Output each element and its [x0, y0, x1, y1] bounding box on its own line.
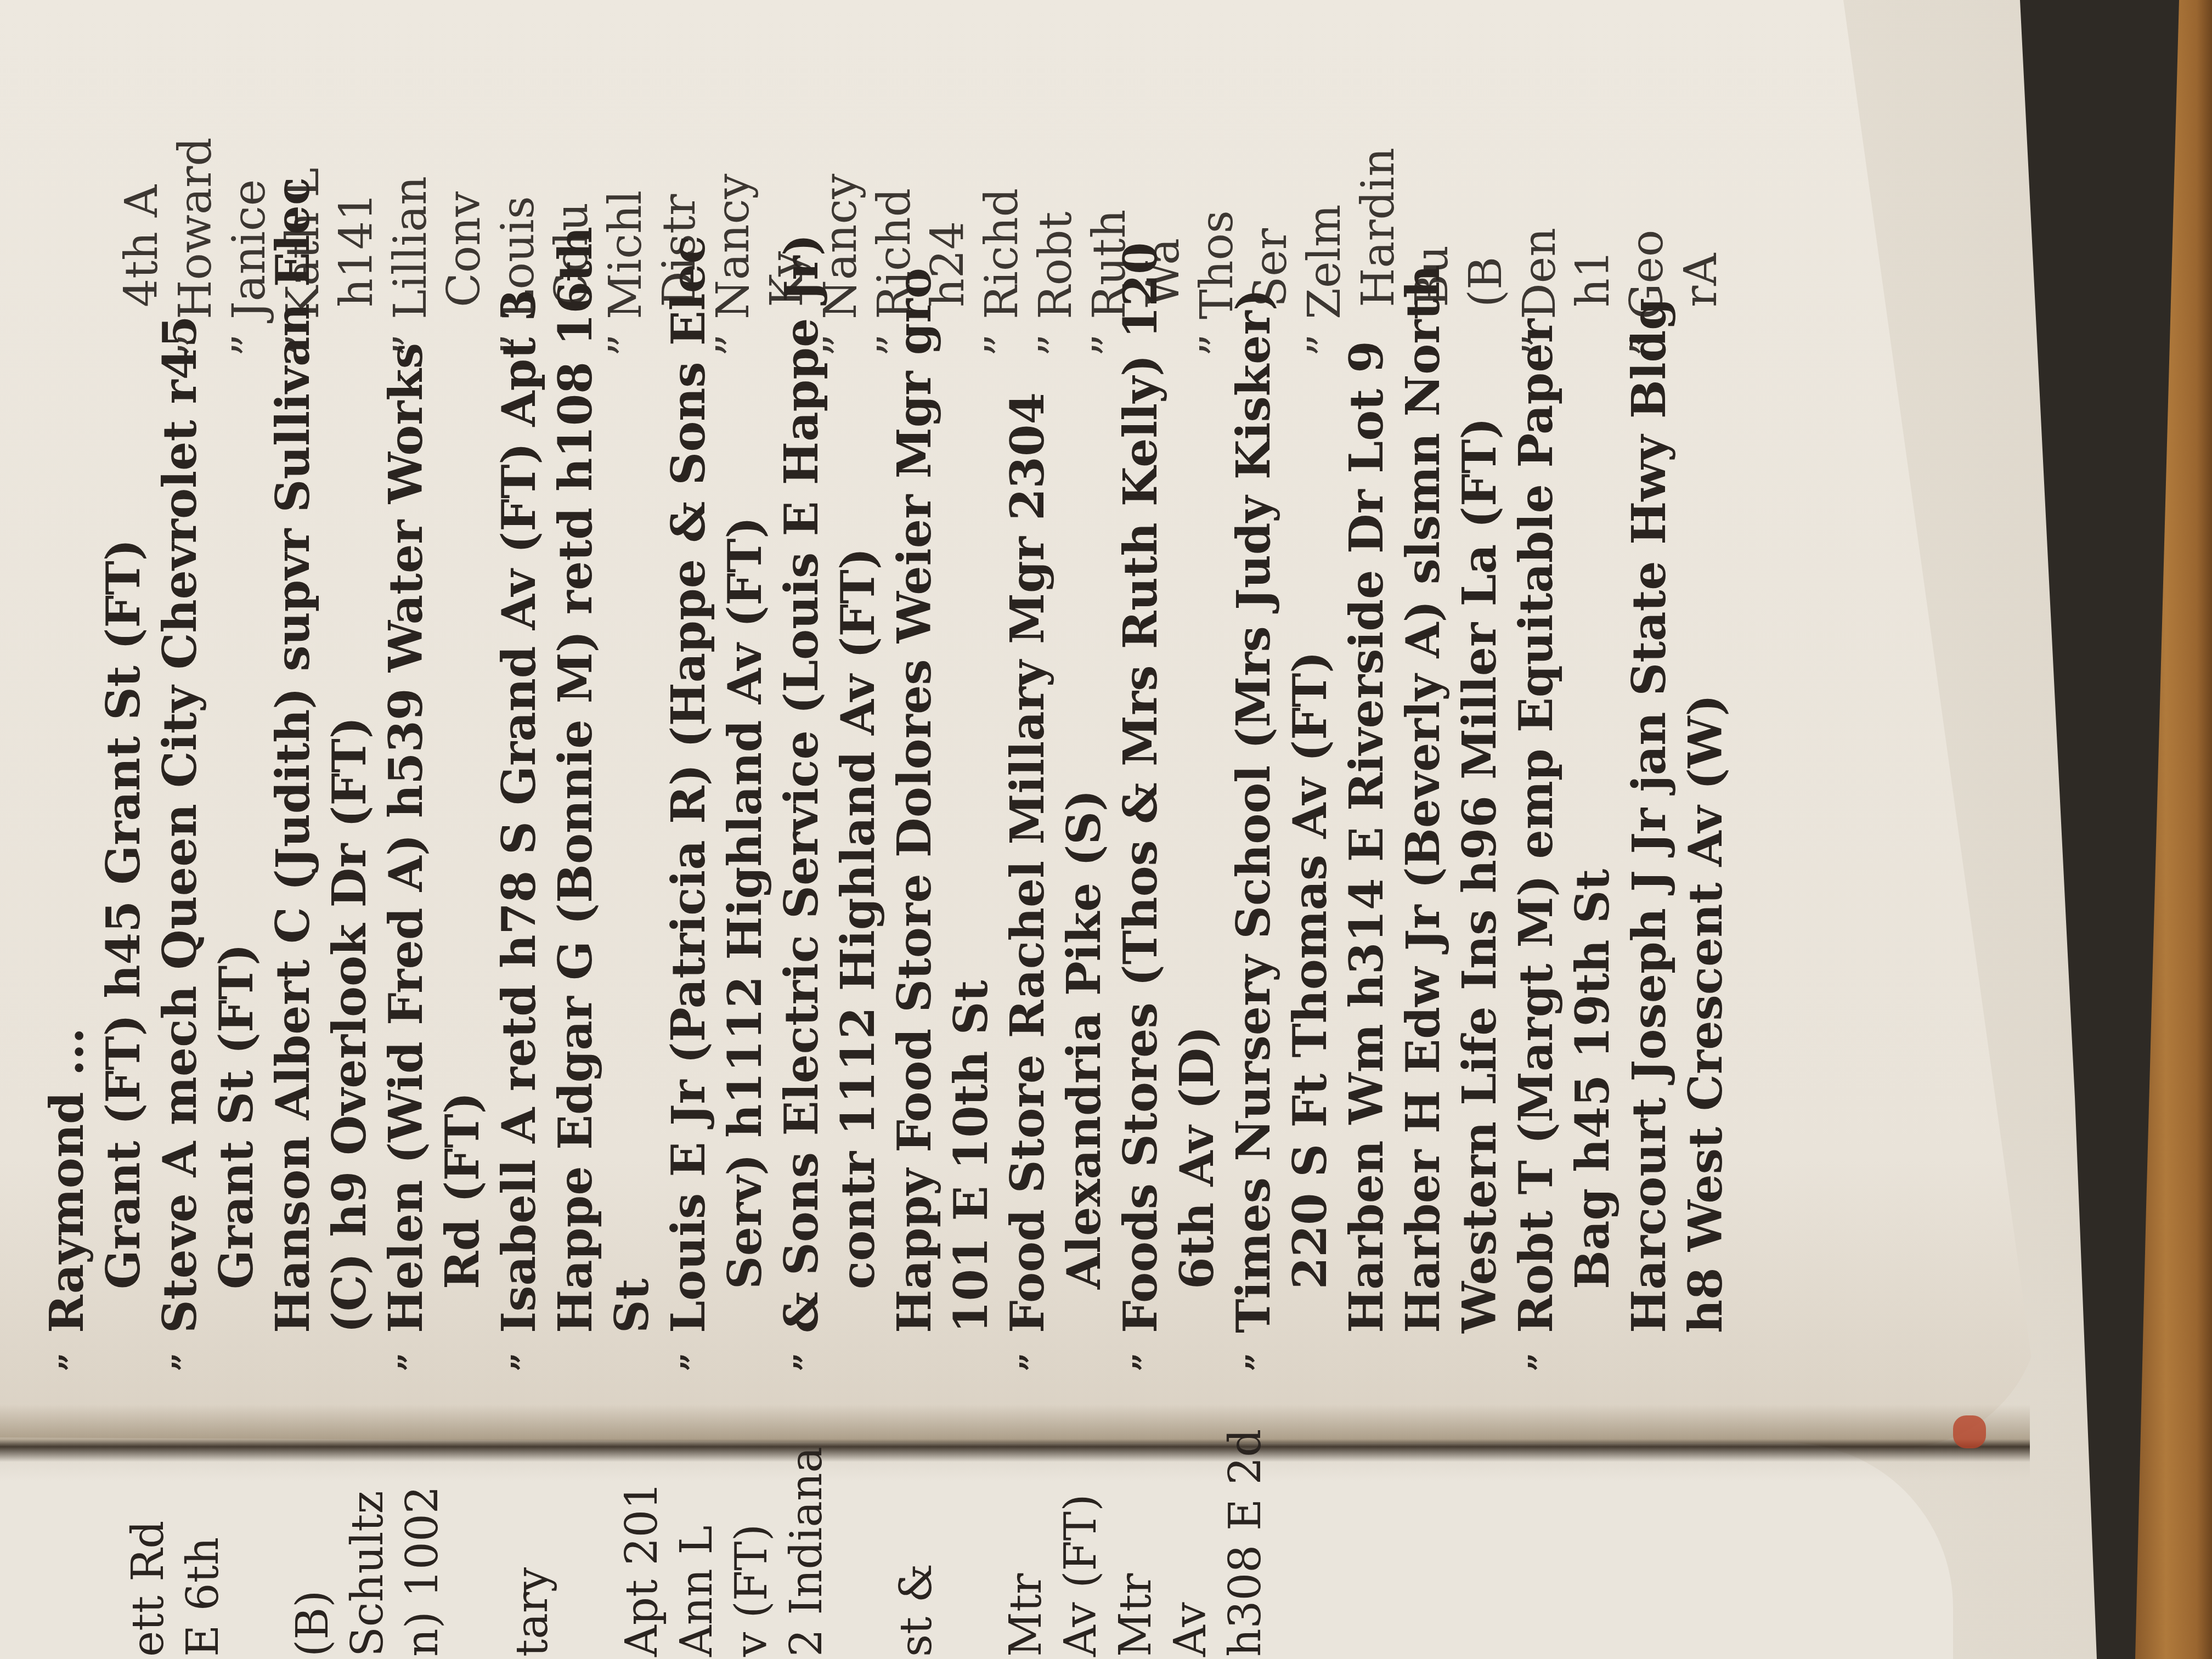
right-column-fragment: h141: [330, 137, 384, 1426]
entry-text: Raymond ...: [39, 1028, 94, 1333]
facing-page-fragment: Mtr: [998, 1429, 1053, 1657]
right-column-fragment: 4th A: [115, 137, 169, 1426]
facing-page-fragment: [450, 1429, 505, 1657]
right-column-fragment: ” Louis: [492, 137, 545, 1426]
right-column-fragment: h24: [922, 137, 975, 1426]
right-column-fragment: Ky: [760, 137, 814, 1426]
facing-page-fragment: [560, 1429, 614, 1657]
right-column-fragment: ” Richd: [975, 137, 1029, 1426]
facing-page-fragment: [834, 1429, 889, 1657]
right-column-fragment: ” Michl: [599, 137, 653, 1426]
right-column-fragment: Distr: [653, 137, 707, 1426]
right-column-fragment: ” Lillian: [384, 137, 438, 1426]
directory-right-column: 4th A” Howard” Janice” Kath Lh141” Lilli…: [115, 137, 1728, 1426]
right-column-fragment: Bu: [1406, 137, 1459, 1426]
directory-entry-line: ”Raymond ...: [38, 177, 95, 1372]
binding-edge: [1953, 1415, 1986, 1448]
facing-page-fragment: Av (FT): [1053, 1429, 1108, 1657]
facing-page-fragment: Ann L: [669, 1429, 724, 1657]
right-column-fragment: Hardin: [1352, 137, 1406, 1426]
facing-page-fragment: Mtr: [1108, 1429, 1163, 1657]
facing-page-fragment: Schultz: [340, 1429, 395, 1657]
right-column-fragment: ” Janice: [223, 137, 276, 1426]
facing-page-fragment: Av: [1163, 1429, 1218, 1657]
right-column-fragment: Conv: [438, 137, 492, 1426]
right-column-fragment: ” Richd: [868, 137, 922, 1426]
right-column-fragment: ” Robt: [1029, 137, 1083, 1426]
facing-page-fragment: [230, 1429, 285, 1657]
right-column-fragment: ” Den: [1513, 137, 1567, 1426]
facing-page-fragment: 2 Indiana: [779, 1429, 834, 1657]
facing-page-fragment: ett Rd: [121, 1429, 176, 1657]
facing-page-fragment: tary: [505, 1429, 560, 1657]
right-column-fragment: ” Ruth: [1083, 137, 1137, 1426]
right-column-fragment: Wa: [1137, 137, 1190, 1426]
right-column-fragment: ” Thos: [1190, 137, 1244, 1426]
facing-page-fragment: E 6th: [176, 1429, 230, 1657]
facing-page-fragment: v (FT): [724, 1429, 779, 1657]
right-column-fragment: ” Geo: [1621, 137, 1674, 1426]
facing-page-fragment: [944, 1429, 998, 1657]
right-column-fragment: Ser: [1244, 137, 1298, 1426]
right-column-fragment: ” Nancy: [814, 137, 868, 1426]
right-column-fragment: Colu: [545, 137, 599, 1426]
right-column-fragment: (B: [1459, 137, 1513, 1426]
facing-page-column: ett RdE 6th(B)Schultzn) 1002taryApt 201A…: [121, 1429, 1273, 1657]
facing-page-fragment: (B): [285, 1429, 340, 1657]
facing-page-fragment: h308 E 2d: [1218, 1429, 1273, 1657]
facing-page-fragment: Apt 201: [614, 1429, 669, 1657]
right-column-fragment: ” Kath L: [276, 137, 330, 1426]
right-column-fragment: ” Nancy: [707, 137, 760, 1426]
photo-scene: ”Raymond ...Grant (FT) h45 Grant St (FT)…: [0, 0, 2212, 1659]
right-column-fragment: rA: [1674, 137, 1728, 1426]
facing-page-fragment: n) 1002: [395, 1429, 450, 1657]
facing-page-fragment: st &: [889, 1429, 944, 1657]
right-column-fragment: ” Howard: [169, 137, 223, 1426]
ditto-mark: ”: [44, 1333, 100, 1372]
right-column-fragment: ” Zelm: [1298, 137, 1352, 1426]
right-column-fragment: h1: [1567, 137, 1621, 1426]
